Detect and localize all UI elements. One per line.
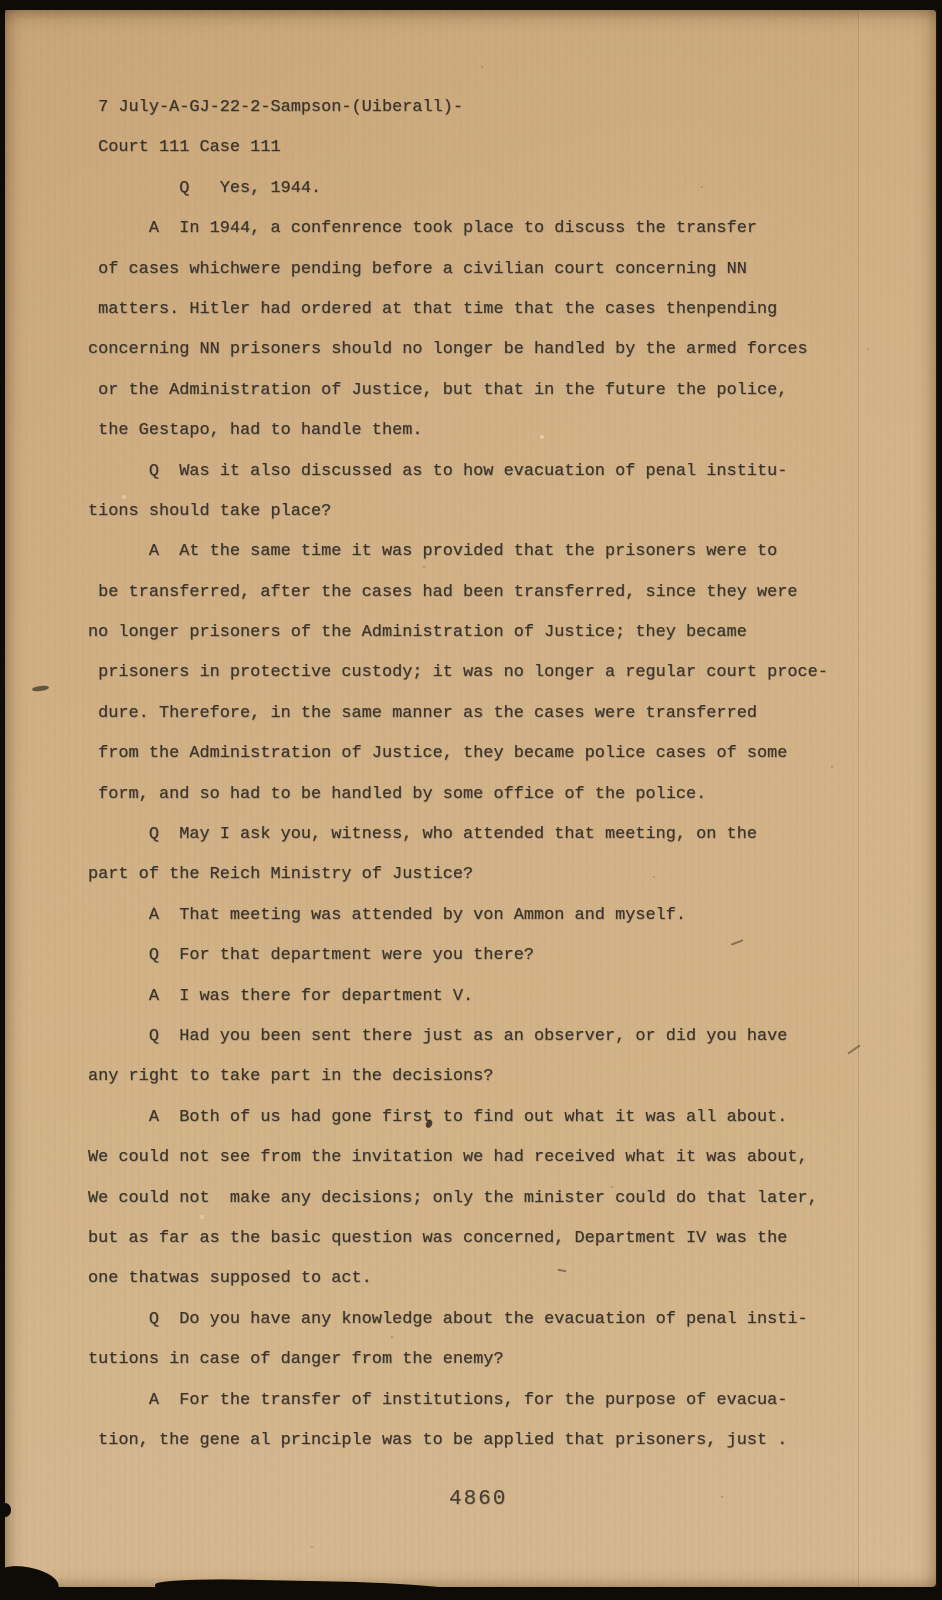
transcript: 7 July-A-GJ-22-2-Sampson-(Uiberall)- Cou…: [88, 88, 878, 1461]
transcript-line: tutions in case of danger from the enemy…: [88, 1340, 878, 1380]
transcript-line: one thatwas supposed to act.: [88, 1259, 878, 1299]
transcript-line: Q For that department were you there?: [88, 936, 878, 976]
transcript-line: We could not see from the invitation we …: [88, 1138, 878, 1178]
transcript-line: tion, the gene al principle was to be ap…: [88, 1421, 878, 1461]
margin-dash-mark: [32, 685, 50, 692]
transcript-line: of cases whichwere pending before a civi…: [88, 250, 878, 290]
transcript-line: A At the same time it was provided that …: [88, 532, 878, 572]
transcript-line: or the Administration of Justice, but th…: [88, 371, 878, 411]
page-number: 4860: [449, 1488, 507, 1511]
transcript-line: dure. Therefore, in the same manner as t…: [88, 694, 878, 734]
transcript-line: form, and so had to be handled by some o…: [88, 775, 878, 815]
transcript-line: tions should take place?: [88, 492, 878, 532]
transcript-line: matters. Hitler had ordered at that time…: [88, 290, 878, 330]
transcript-line: be transferred, after the cases had been…: [88, 573, 878, 613]
transcript-line: Q Had you been sent there just as an obs…: [88, 1017, 878, 1057]
transcript-line: Court 111 Case 111: [88, 128, 878, 168]
transcript-line: prisoners in protective custody; it was …: [88, 653, 878, 693]
transcript-line: but as far as the basic question was con…: [88, 1219, 878, 1259]
torn-edge-bottom-left: [0, 1564, 60, 1599]
transcript-line: from the Administration of Justice, they…: [88, 734, 878, 774]
scanned-document: { "page": { "paper_color": "#cfad82", "i…: [0, 0, 942, 1600]
transcript-line: the Gestapo, had to handle them.: [88, 411, 878, 451]
transcript-line: Q Was it also discussed as to how evacua…: [88, 452, 878, 492]
torn-edge-left: [0, 1503, 11, 1517]
transcript-line: We could not make any decisions; only th…: [88, 1179, 878, 1219]
transcript-line: any right to take part in the decisions?: [88, 1057, 878, 1097]
transcript-line: A I was there for department V.: [88, 977, 878, 1017]
transcript-line: Q Yes, 1944.: [88, 169, 878, 209]
transcript-line: A That meeting was attended by von Ammon…: [88, 896, 878, 936]
transcript-line: Q Do you have any knowledge about the ev…: [88, 1300, 878, 1340]
transcript-line: Q May I ask you, witness, who attended t…: [88, 815, 878, 855]
paper-speckles: [5, 10, 7, 12]
transcript-line: no longer prisoners of the Administratio…: [88, 613, 878, 653]
document-page: 7 July-A-GJ-22-2-Sampson-(Uiberall)- Cou…: [5, 10, 936, 1587]
transcript-line: A Both of us had gone first to find out …: [88, 1098, 878, 1138]
transcript-line: A For the transfer of institutions, for …: [88, 1381, 878, 1421]
transcript-line: A In 1944, a confenrence took place to d…: [88, 209, 878, 249]
transcript-line: concerning NN prisoners should no longer…: [88, 330, 878, 370]
transcript-line: 7 July-A-GJ-22-2-Sampson-(Uiberall)-: [88, 88, 878, 128]
transcript-line: part of the Reich Ministry of Justice?: [88, 855, 878, 895]
torn-edge-bottom: [155, 1578, 465, 1600]
